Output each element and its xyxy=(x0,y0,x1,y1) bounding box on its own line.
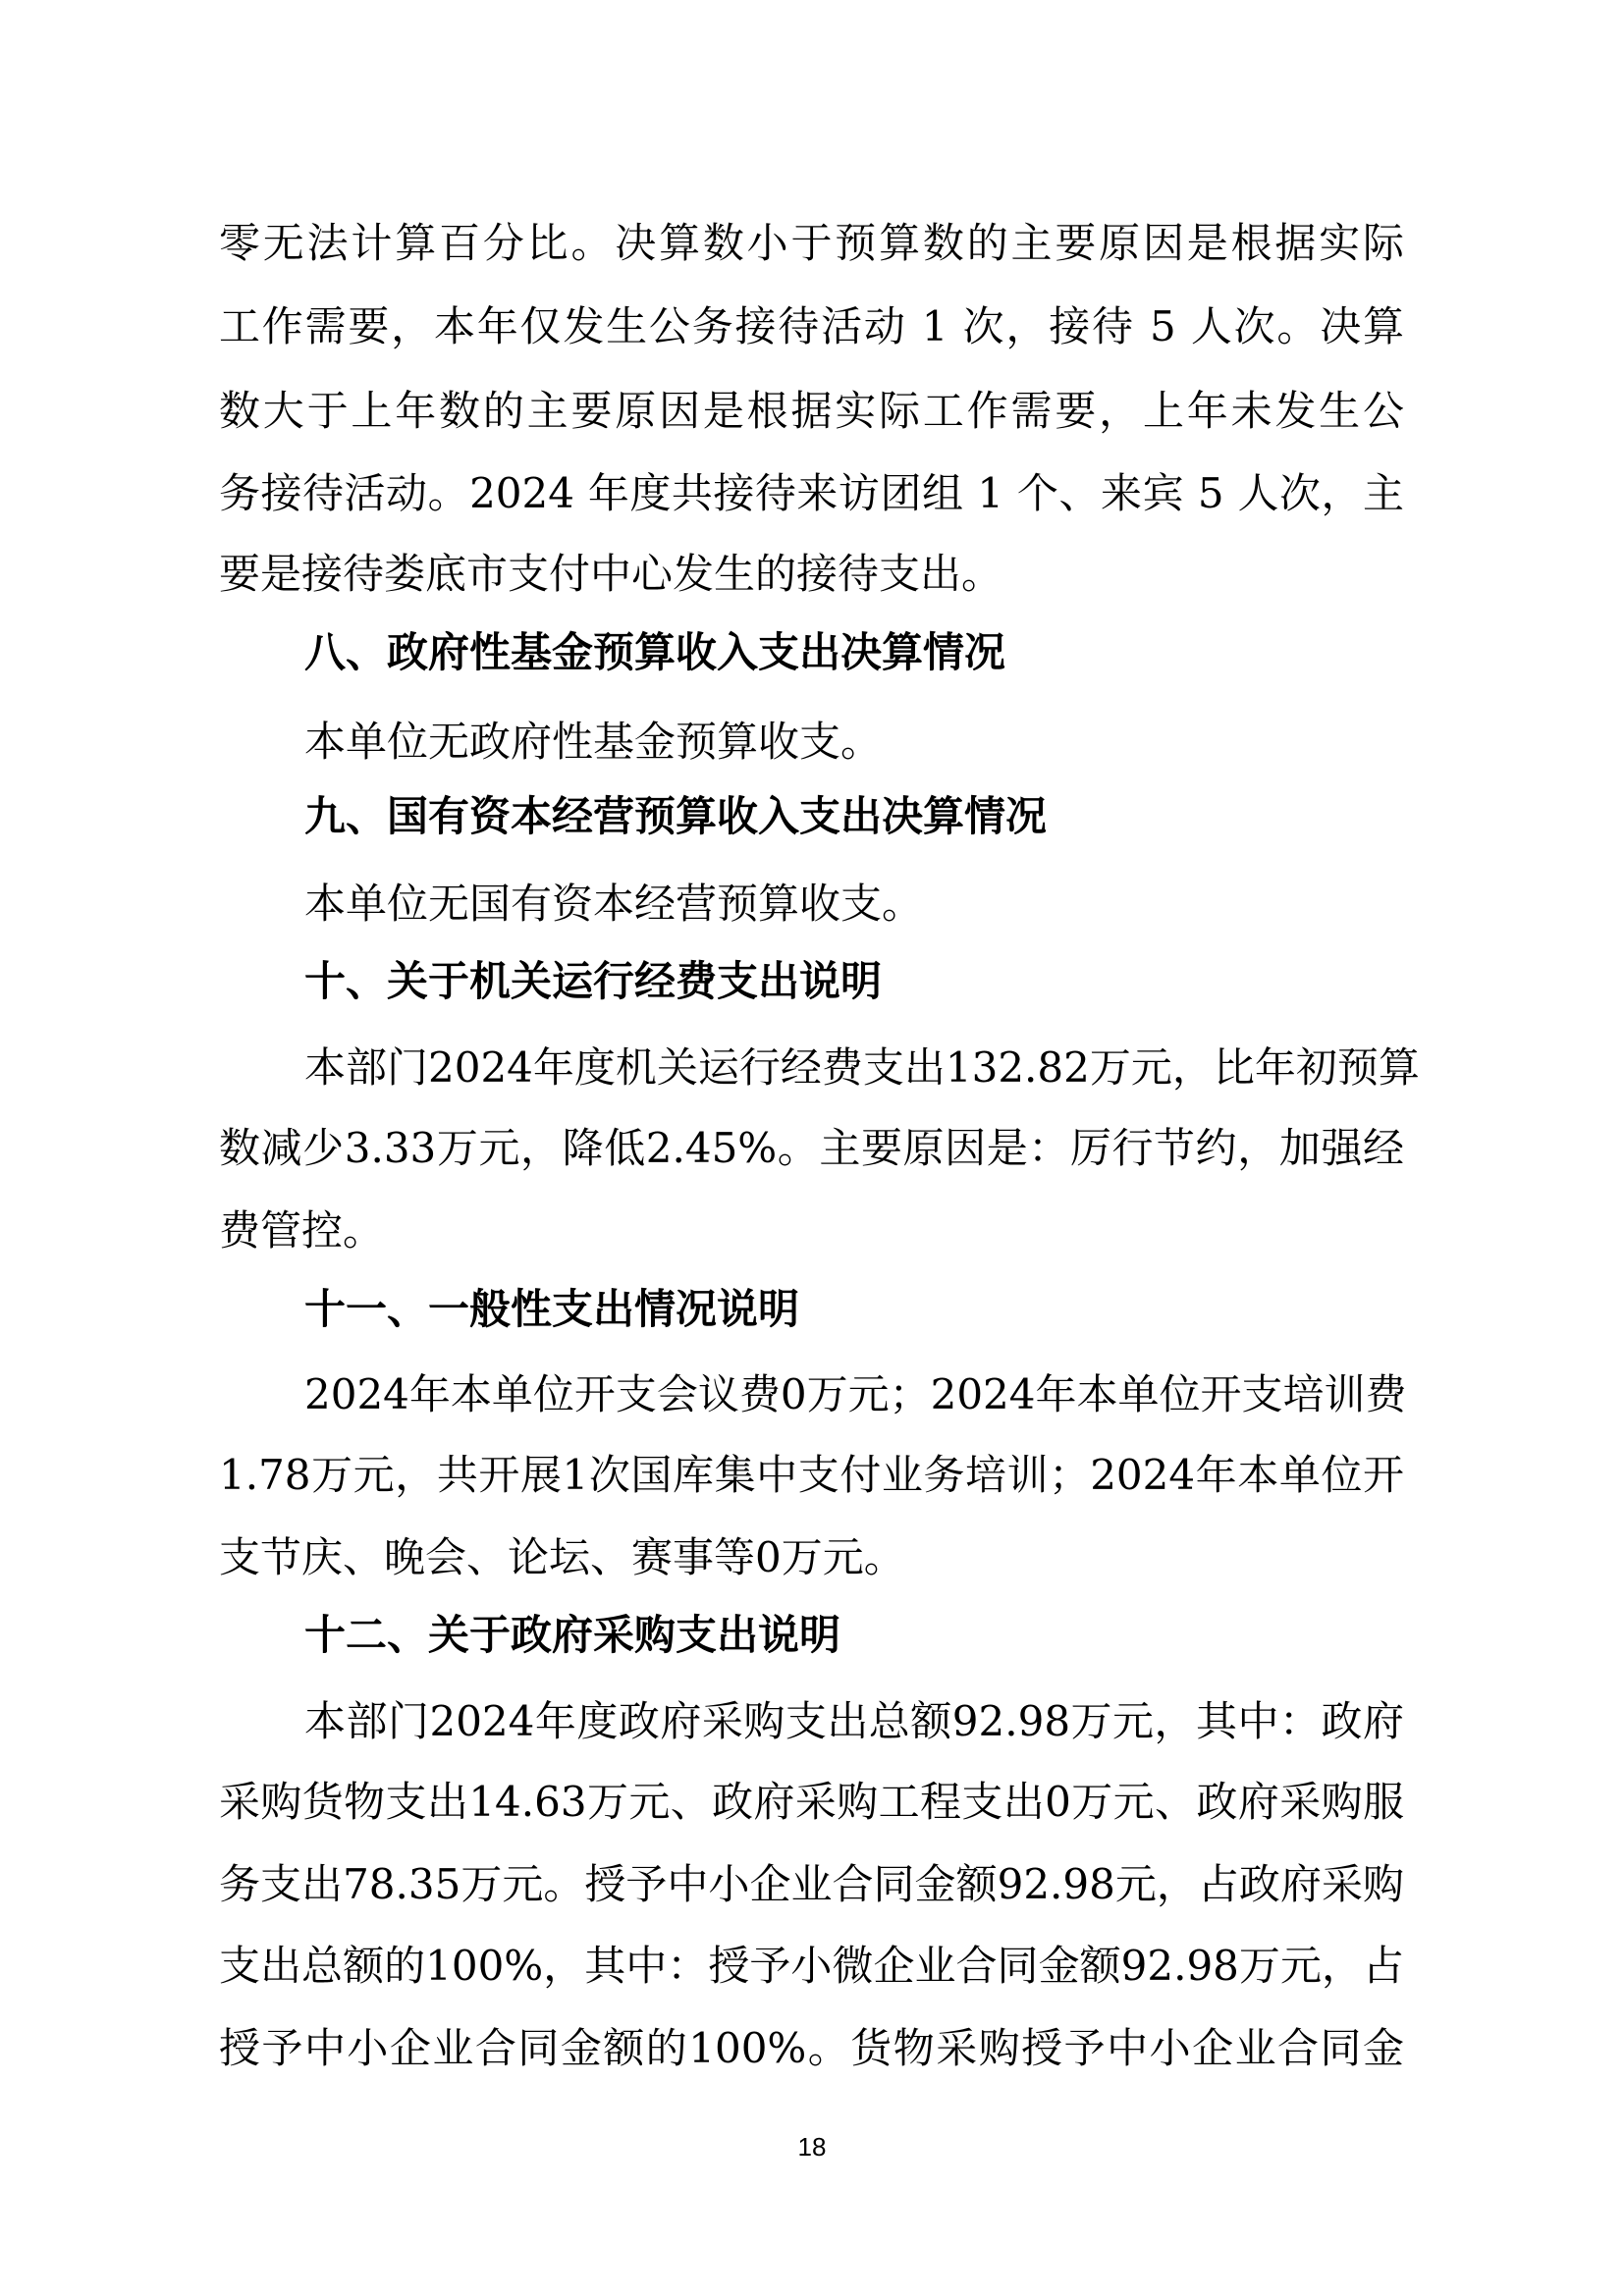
paragraph-line: 本单位无国有资本经营预算收支。 xyxy=(304,875,1404,934)
paragraph-line: 本部门2024年度机关运行经费支出132.82万元，比年初预算 xyxy=(304,1039,1404,1097)
paragraph-line: 费管控。 xyxy=(219,1201,1404,1260)
paragraph-line: 数大于上年数的主要原因是根据实际工作需要，上年未发生公 xyxy=(219,382,1404,441)
document-page: 零无法计算百分比。决算数小于预算数的主要原因是根据实际 工作需要，本年仅发生公务… xyxy=(0,0,1624,2296)
paragraph-line: 本部门2024年度政府采购支出总额92.98万元，其中：政府 xyxy=(304,1692,1404,1751)
paragraph-line: 采购货物支出14.63万元、政府采购工程支出0万元、政府采购服 xyxy=(219,1773,1404,1832)
paragraph-line: 1.78万元，共开展1次国库集中支付业务培训；2024年本单位开 xyxy=(219,1446,1404,1505)
paragraph-line: 要是接待娄底市支付中心发生的接待支出。 xyxy=(219,545,1404,604)
section-heading: 十、关于机关运行经费支出说明 xyxy=(304,952,1404,1011)
paragraph-line: 数减少3.33万元，降低2.45%。主要原因是：厉行节约，加强经 xyxy=(219,1119,1404,1178)
section-heading: 八、政府性基金预算收入支出决算情况 xyxy=(304,623,1404,682)
paragraph-line: 2024年本单位开支会议费0万元；2024年本单位开支培训费 xyxy=(304,1365,1404,1424)
paragraph-line: 支出总额的100%，其中：授予小微企业合同金额92.98万元，占 xyxy=(219,1937,1404,1996)
paragraph-line: 支节庆、晚会、论坛、赛事等0万元。 xyxy=(219,1528,1404,1587)
paragraph-line: 授予中小企业合同金额的100%。货物采购授予中小企业合同金 xyxy=(219,2019,1404,2078)
section-heading: 九、国有资本经营预算收入支出决算情况 xyxy=(304,787,1404,846)
paragraph-line: 本单位无政府性基金预算收支。 xyxy=(304,713,1404,772)
paragraph-line: 零无法计算百分比。决算数小于预算数的主要原因是根据实际 xyxy=(219,214,1404,273)
paragraph-line: 务接待活动。2024 年度共接待来访团组 1 个、来宾 5 人次，主 xyxy=(219,464,1404,523)
paragraph-line: 务支出78.35万元。授予中小企业合同金额92.98元，占政府采购 xyxy=(219,1855,1404,1914)
section-heading: 十二、关于政府采购支出说明 xyxy=(304,1606,1404,1665)
page-number: 18 xyxy=(0,2132,1624,2162)
section-heading: 十一、一般性支出情况说明 xyxy=(304,1280,1404,1339)
paragraph-line: 工作需要，本年仅发生公务接待活动 1 次，接待 5 人次。决算 xyxy=(219,297,1404,356)
